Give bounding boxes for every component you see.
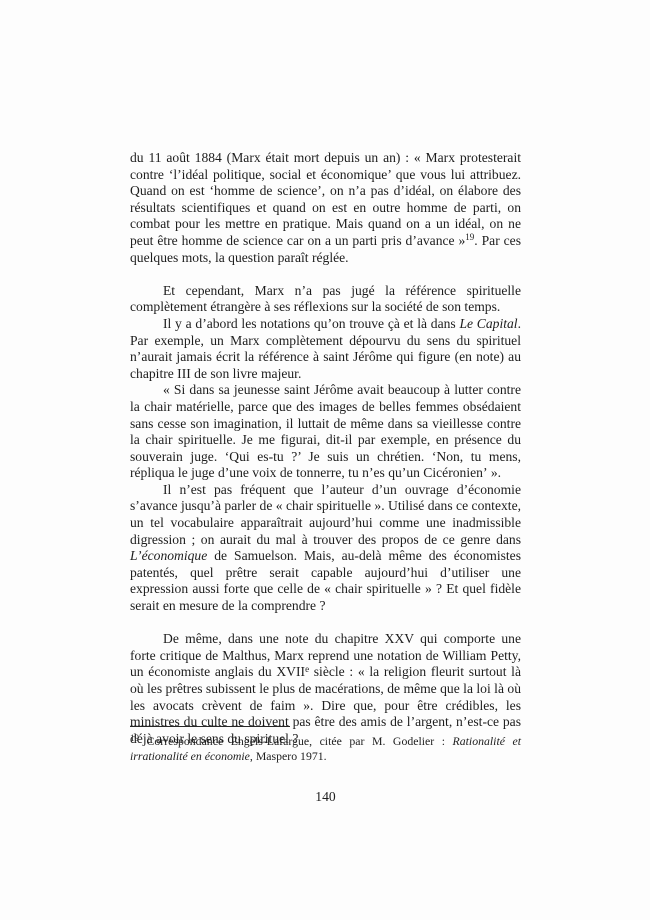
paragraph: « Si dans sa jeunesse saint Jérôme avait… [130, 382, 521, 482]
document-page: du 11 août 1884 (Marx était mort depuis … [0, 0, 650, 920]
text-segment: Il n’est pas fréquent que l’auteur d’un … [130, 482, 521, 547]
page-body: du 11 août 1884 (Marx était mort depuis … [130, 150, 521, 747]
footnote-section: 19 Correspondance Engels-Lafargue, citée… [130, 726, 521, 764]
text-segment: , Maspero 1971. [250, 749, 327, 763]
text-segment: Correspondance Engels-Lafargue, citée pa… [139, 734, 453, 748]
paragraph: du 11 août 1884 (Marx était mort depuis … [130, 150, 521, 266]
superscript-note-ref: e [305, 664, 309, 674]
text-segment: du 11 août 1884 (Marx était mort depuis … [130, 150, 521, 248]
superscript-note-ref: 19 [130, 733, 139, 743]
text-segment: « Si dans sa jeunesse saint Jérôme avait… [130, 382, 521, 480]
footnote: 19 Correspondance Engels-Lafargue, citée… [130, 734, 521, 764]
superscript-note-ref: 19 [465, 232, 474, 242]
page-number: 140 [130, 789, 521, 805]
italic-text: Le Capital [459, 316, 517, 331]
footnote-separator [130, 726, 290, 727]
paragraph: Il y a d’abord les notations qu’on trouv… [130, 316, 521, 382]
paragraph: Il n’est pas fréquent que l’auteur d’un … [130, 482, 521, 615]
paragraph: Et cependant, Marx n’a pas jugé la référ… [130, 283, 521, 316]
text-segment: Il y a d’abord les notations qu’on trouv… [163, 316, 459, 331]
italic-text: L’économique [130, 548, 207, 563]
text-segment: Et cependant, Marx n’a pas jugé la référ… [130, 283, 521, 315]
